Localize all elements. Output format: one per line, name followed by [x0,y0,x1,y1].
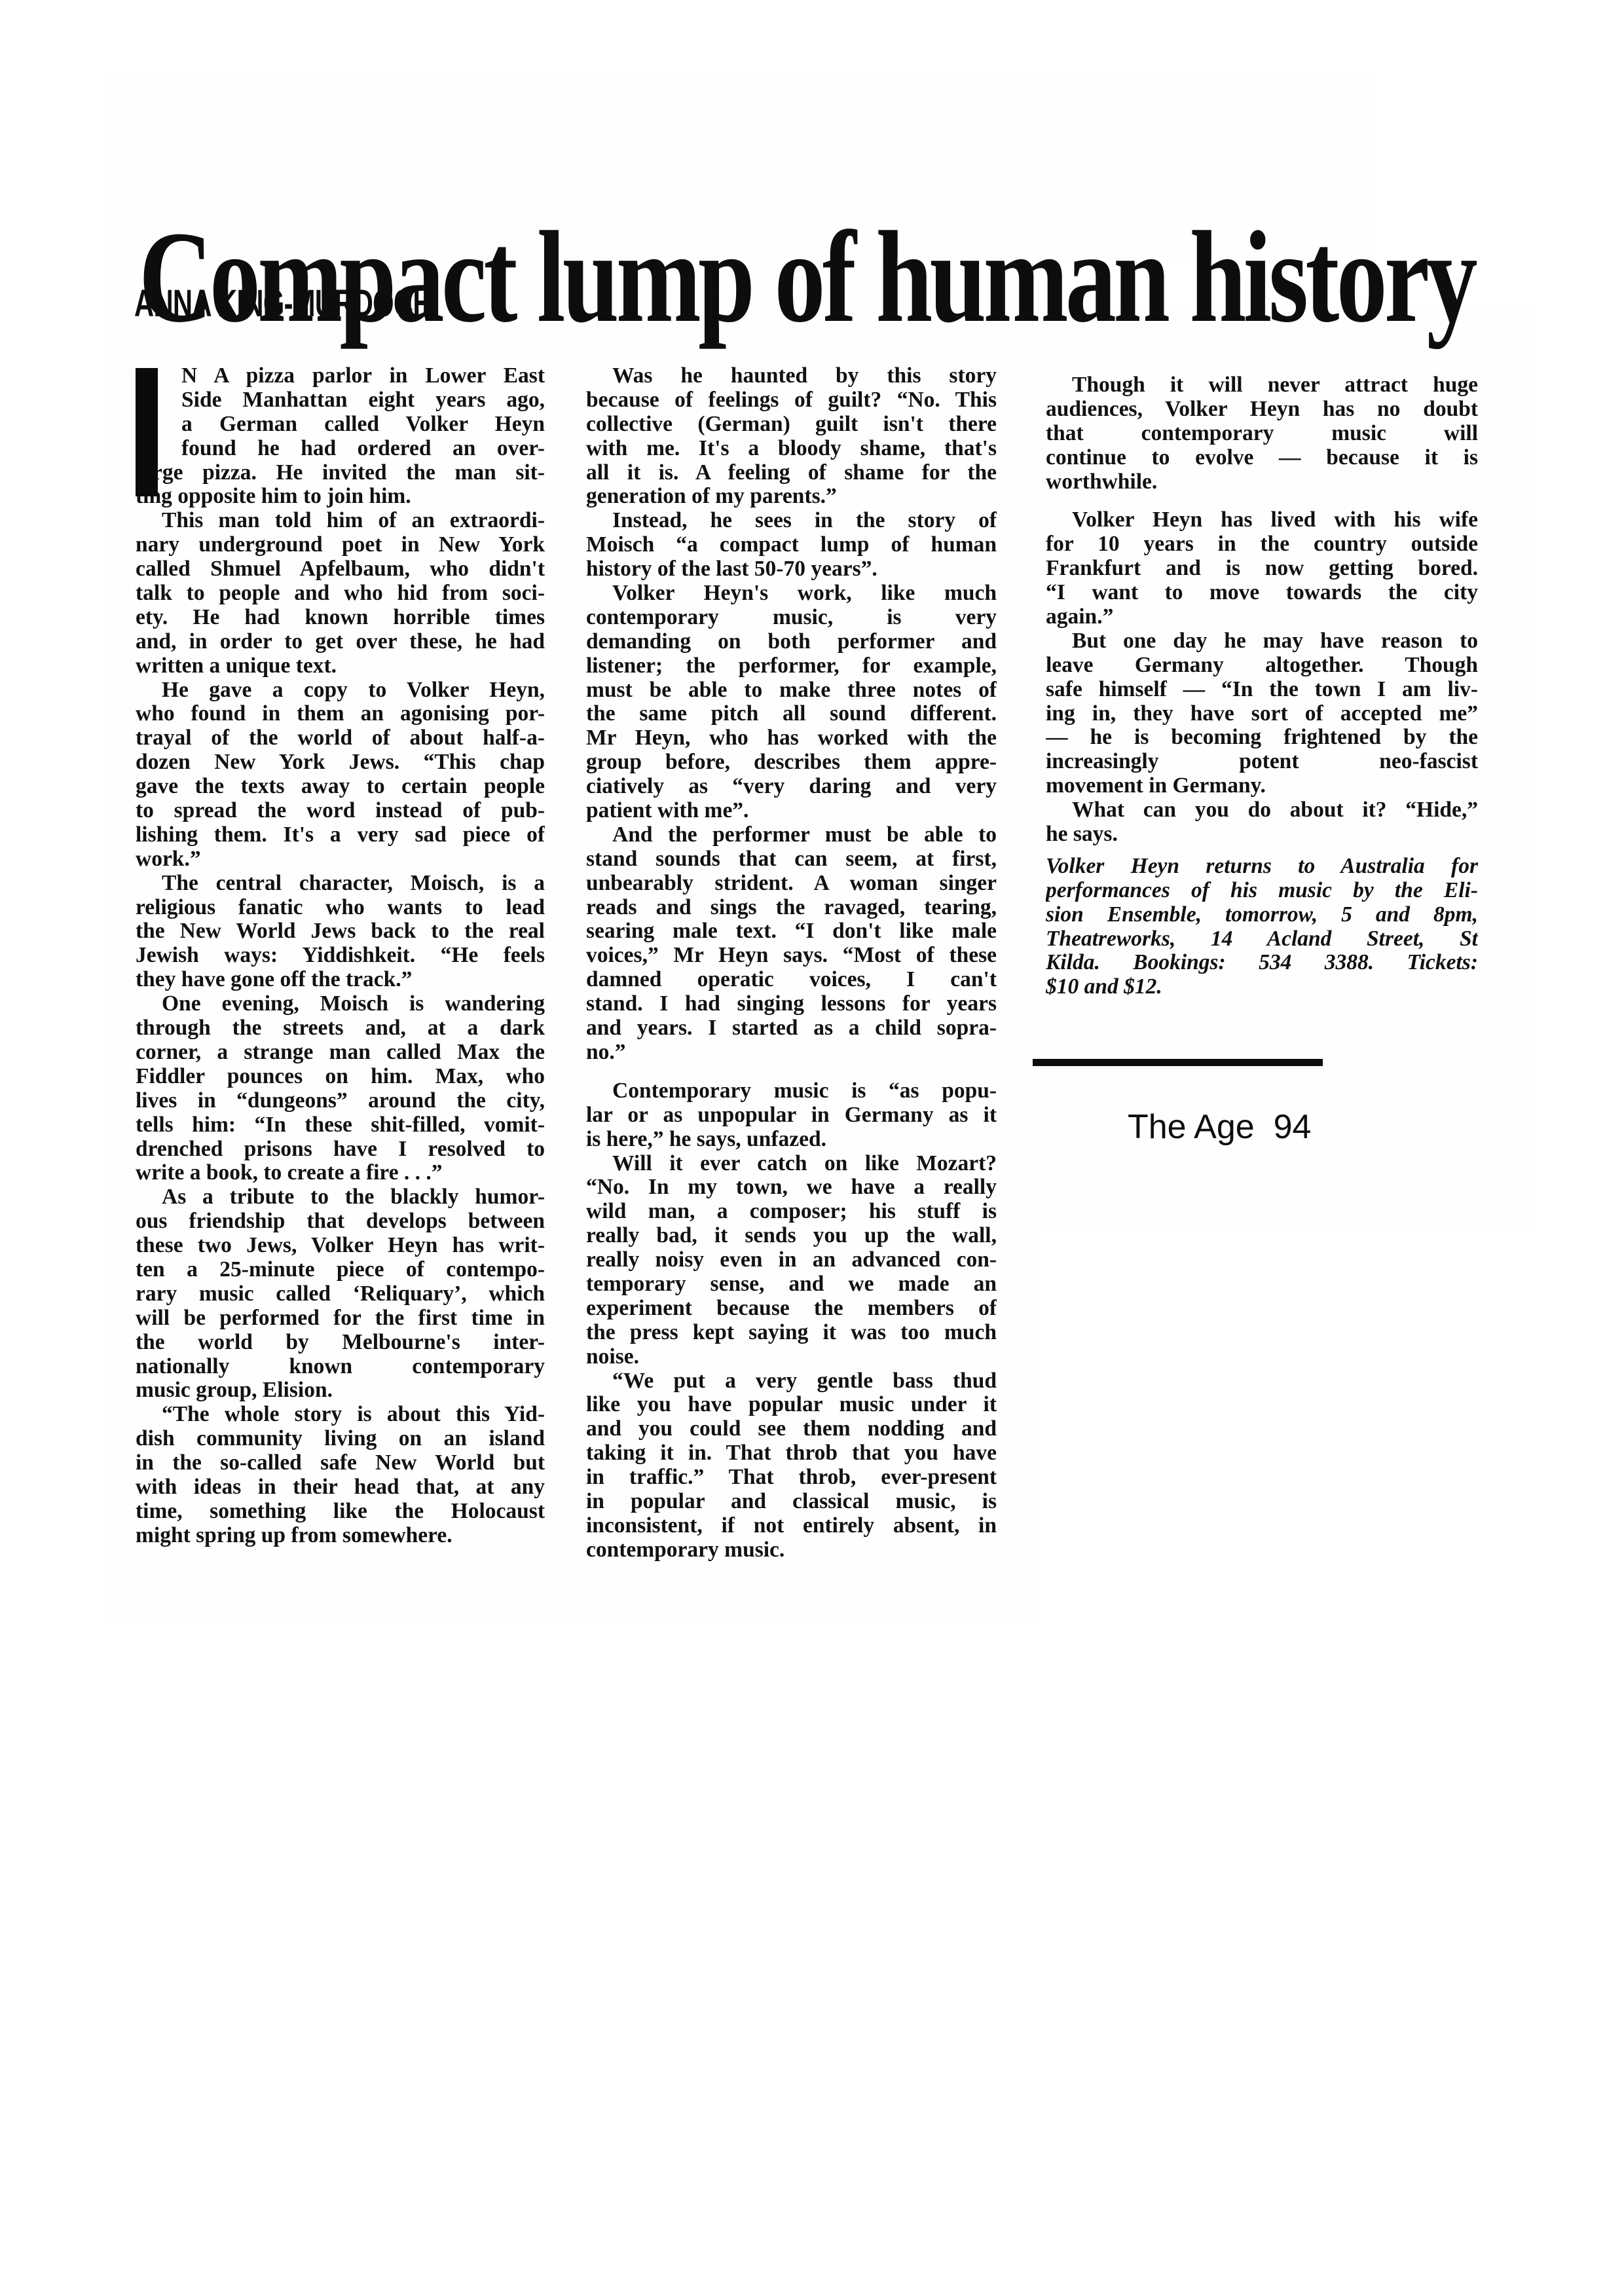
text-line: Jewish ways: Yiddishkeit. “He feels [136,944,545,968]
text-line: is here,” he says, unfazed. [586,1128,997,1152]
text-line: sion Ensemble, tomorrow, 5 and 8pm, [1046,903,1478,927]
text-line: N A pizza parlor in Lower East [136,364,545,388]
text-line: safe himself — “In the town I am liv- [1046,678,1478,702]
text-line: and you could see them nodding and [586,1417,997,1441]
text-line: Fiddler pounces on him. Max, who [136,1065,545,1089]
text-line: Volker Heyn returns to Australia for [1046,855,1478,879]
text-line: continue to evolve — because it is [1046,446,1478,470]
text-line: Will it ever catch on like Mozart? [586,1152,997,1176]
text-line: with me. It's a bloody shame, that's [586,437,997,461]
text-line: stand sounds that can seem, at first, [586,847,997,872]
text-line: talk to people and who hid from soci- [136,582,545,606]
text-line: increasingly potent neo-fascist [1046,750,1478,774]
text-line: Moisch “a compact lump of human [586,533,997,557]
text-line: voices,” Mr Heyn says. “Most of these [586,944,997,968]
text-line: ous friendship that develops between [136,1209,545,1234]
text-line: all it is. A feeling of shame for the [586,461,997,485]
text-line: One evening, Moisch is wandering [136,992,545,1016]
text-line: dish community living on an island [136,1427,545,1451]
text-line: that contemporary music will [1046,422,1478,446]
text-line: for 10 years in the country outside [1046,532,1478,557]
text-line: he says. [1046,822,1478,847]
text-line: nary underground poet in New York [136,533,545,557]
text-line: large pizza. He invited the man sit- [136,461,545,485]
text-line: ten a 25-minute piece of contempo- [136,1258,545,1282]
text-line: no.” [586,1041,997,1065]
text-line: write a book, to create a fire . . .” [136,1161,545,1185]
text-line: lishing them. It's a very sad piece of [136,823,545,847]
paragraph-gap [1046,847,1478,855]
text-line: called Shmuel Apfelbaum, who didn't [136,557,545,582]
text-line: “The whole story is about this Yid- [136,1403,545,1427]
text-line: found he had ordered an over- [136,437,545,461]
text-line: time, something like the Holocaust [136,1500,545,1524]
text-line: Was he haunted by this story [586,364,997,388]
section-rule [1033,1059,1323,1066]
text-line: Volker Heyn's work, like much [586,582,997,606]
text-line: ting opposite him to join him. [136,485,545,509]
article-column-1: N A pizza parlor in Lower EastSide Manha… [136,364,545,1548]
text-line: collective (German) guilt isn't there [586,413,997,437]
text-line: who found in them an agonising por- [136,702,545,726]
text-line: contemporary music. [586,1538,997,1562]
text-line: ciatively as “very daring and very [586,775,997,799]
text-line: Contemporary music is “as popu- [586,1079,997,1103]
text-line: experiment because the members of [586,1297,997,1321]
text-line: with ideas in their head that, at any [136,1475,545,1500]
text-line: history of the last 50-70 years”. [586,557,997,582]
text-line: because of feelings of guilt? “No. This [586,388,997,413]
text-line: in traffic.” That throb, ever-present [586,1466,997,1490]
text-line: Theatreworks, 14 Acland Street, St [1046,927,1478,951]
text-line: Frankfurt and is now getting bored. [1046,557,1478,581]
text-line: trayal of the world of about half-a- [136,726,545,750]
text-line: written a unique text. [136,654,545,678]
article-column-2: Was he haunted by this storybecause of f… [586,364,997,1562]
text-line: really bad, it sends you up the wall, [586,1224,997,1248]
text-line: gave the texts away to certain people [136,775,545,799]
text-line: like you have popular music under it [586,1393,997,1417]
text-line: stand. I had singing lessons for years [586,992,997,1016]
text-line: and years. I started as a child sopra- [586,1016,997,1041]
text-line: might spring up from somewhere. [136,1524,545,1548]
text-line: group before, describes them appre- [586,750,997,775]
text-line: drenched prisons have I resolved to [136,1137,545,1162]
text-line: noise. [586,1345,997,1369]
text-line: generation of my parents.” [586,485,997,509]
text-line: really noisy even in an advanced con- [586,1248,997,1272]
text-line: What can you do about it? “Hide,” [1046,798,1478,822]
text-line: unbearably strident. A woman singer [586,872,997,896]
paragraph-gap [586,1065,997,1079]
text-line: a German called Volker Heyn [136,413,545,437]
text-line: must be able to make three notes of [586,678,997,703]
text-line: “I want to move towards the city [1046,581,1478,605]
text-line: $10 and $12. [1046,975,1478,999]
text-line: will be performed for the first time in [136,1306,545,1331]
text-line: in the so-called safe New World but [136,1451,545,1475]
text-line: demanding on both performer and [586,630,997,654]
text-line: Instead, he sees in the story of [586,509,997,533]
text-line: these two Jews, Volker Heyn has writ- [136,1234,545,1258]
text-line: As a tribute to the blackly humor- [136,1185,545,1209]
text-line: He gave a copy to Volker Heyn, [136,678,545,703]
text-line: patient with me”. [586,799,997,823]
text-line: ety. He had known horrible times [136,606,545,630]
text-line: dozen New York Jews. “This chap [136,750,545,775]
text-line: — he is becoming frightened by the [1046,726,1478,750]
text-line: taking it in. That throb that you have [586,1441,997,1466]
text-line: lives in “dungeons” around the city, [136,1089,545,1113]
text-line: leave Germany altogether. Though [1046,654,1478,678]
text-line: reads and sings the ravaged, tearing, [586,896,997,920]
text-line: This man told him of an extraordi- [136,509,545,533]
dropcap-block [136,368,158,496]
text-line: ing in, they have sort of accepted me” [1046,702,1478,726]
text-line: nationally known contemporary [136,1355,545,1379]
text-line: corner, a strange man called Max the [136,1041,545,1065]
text-line: movement in Germany. [1046,774,1478,798]
text-line: the world by Melbourne's inter- [136,1331,545,1355]
text-line: the press kept saying it was too much [586,1321,997,1345]
text-line: And the performer must be able to [586,823,997,847]
text-line: the same pitch all sound different. [586,702,997,726]
text-line: searing male text. “I don't like male [586,919,997,944]
text-line: Kilda. Bookings: 534 3388. Tickets: [1046,951,1478,975]
text-line: the New World Jews back to the real [136,919,545,944]
text-line: work.” [136,847,545,872]
text-line: Mr Heyn, who has worked with the [586,726,997,750]
text-line: wild man, a composer; his stuff is [586,1200,997,1224]
text-line: through the streets and, at a dark [136,1016,545,1041]
text-line: inconsistent, if not entirely absent, in [586,1514,997,1538]
text-line: But one day he may have reason to [1046,629,1478,654]
text-line: worthwhile. [1046,470,1478,494]
text-line: damned operatic voices, I can't [586,968,997,992]
text-line: tells him: “In these shit-filled, vomit- [136,1113,545,1137]
text-line: lar or as unpopular in Germany as it [586,1103,997,1128]
text-line: performances of his music by the Eli- [1046,879,1478,903]
text-line: Though it will never attract huge [1046,373,1478,397]
text-line: contemporary music, is very [586,606,997,630]
text-line: religious fanatic who wants to lead [136,896,545,920]
text-line: in popular and classical music, is [586,1490,997,1514]
text-line: rary music called ‘Reliquary’, which [136,1282,545,1306]
text-line: audiences, Volker Heyn has no doubt [1046,397,1478,422]
text-line: music group, Elision. [136,1378,545,1403]
text-line: The central character, Moisch, is a [136,872,545,896]
text-line: Volker Heyn has lived with his wife [1046,508,1478,532]
source-footer: The Age 94 [1128,1110,1311,1144]
text-line: they have gone off the track.” [136,968,545,992]
paragraph-gap [1046,494,1478,508]
text-line: Side Manhattan eight years ago, [136,388,545,413]
article-column-3: Though it will never attract hugeaudienc… [1046,373,1478,999]
text-line: “No. In my town, we have a really [586,1175,997,1200]
text-line: and, in order to get over these, he had [136,630,545,654]
text-line: temporary sense, and we made an [586,1272,997,1297]
text-line: “We put a very gentle bass thud [586,1369,997,1394]
text-line: again.” [1046,605,1478,629]
text-line: to spread the word instead of pub- [136,799,545,823]
byline: ANNA KING-MURDOCH. [134,285,439,323]
text-line: listener; the performer, for example, [586,654,997,678]
